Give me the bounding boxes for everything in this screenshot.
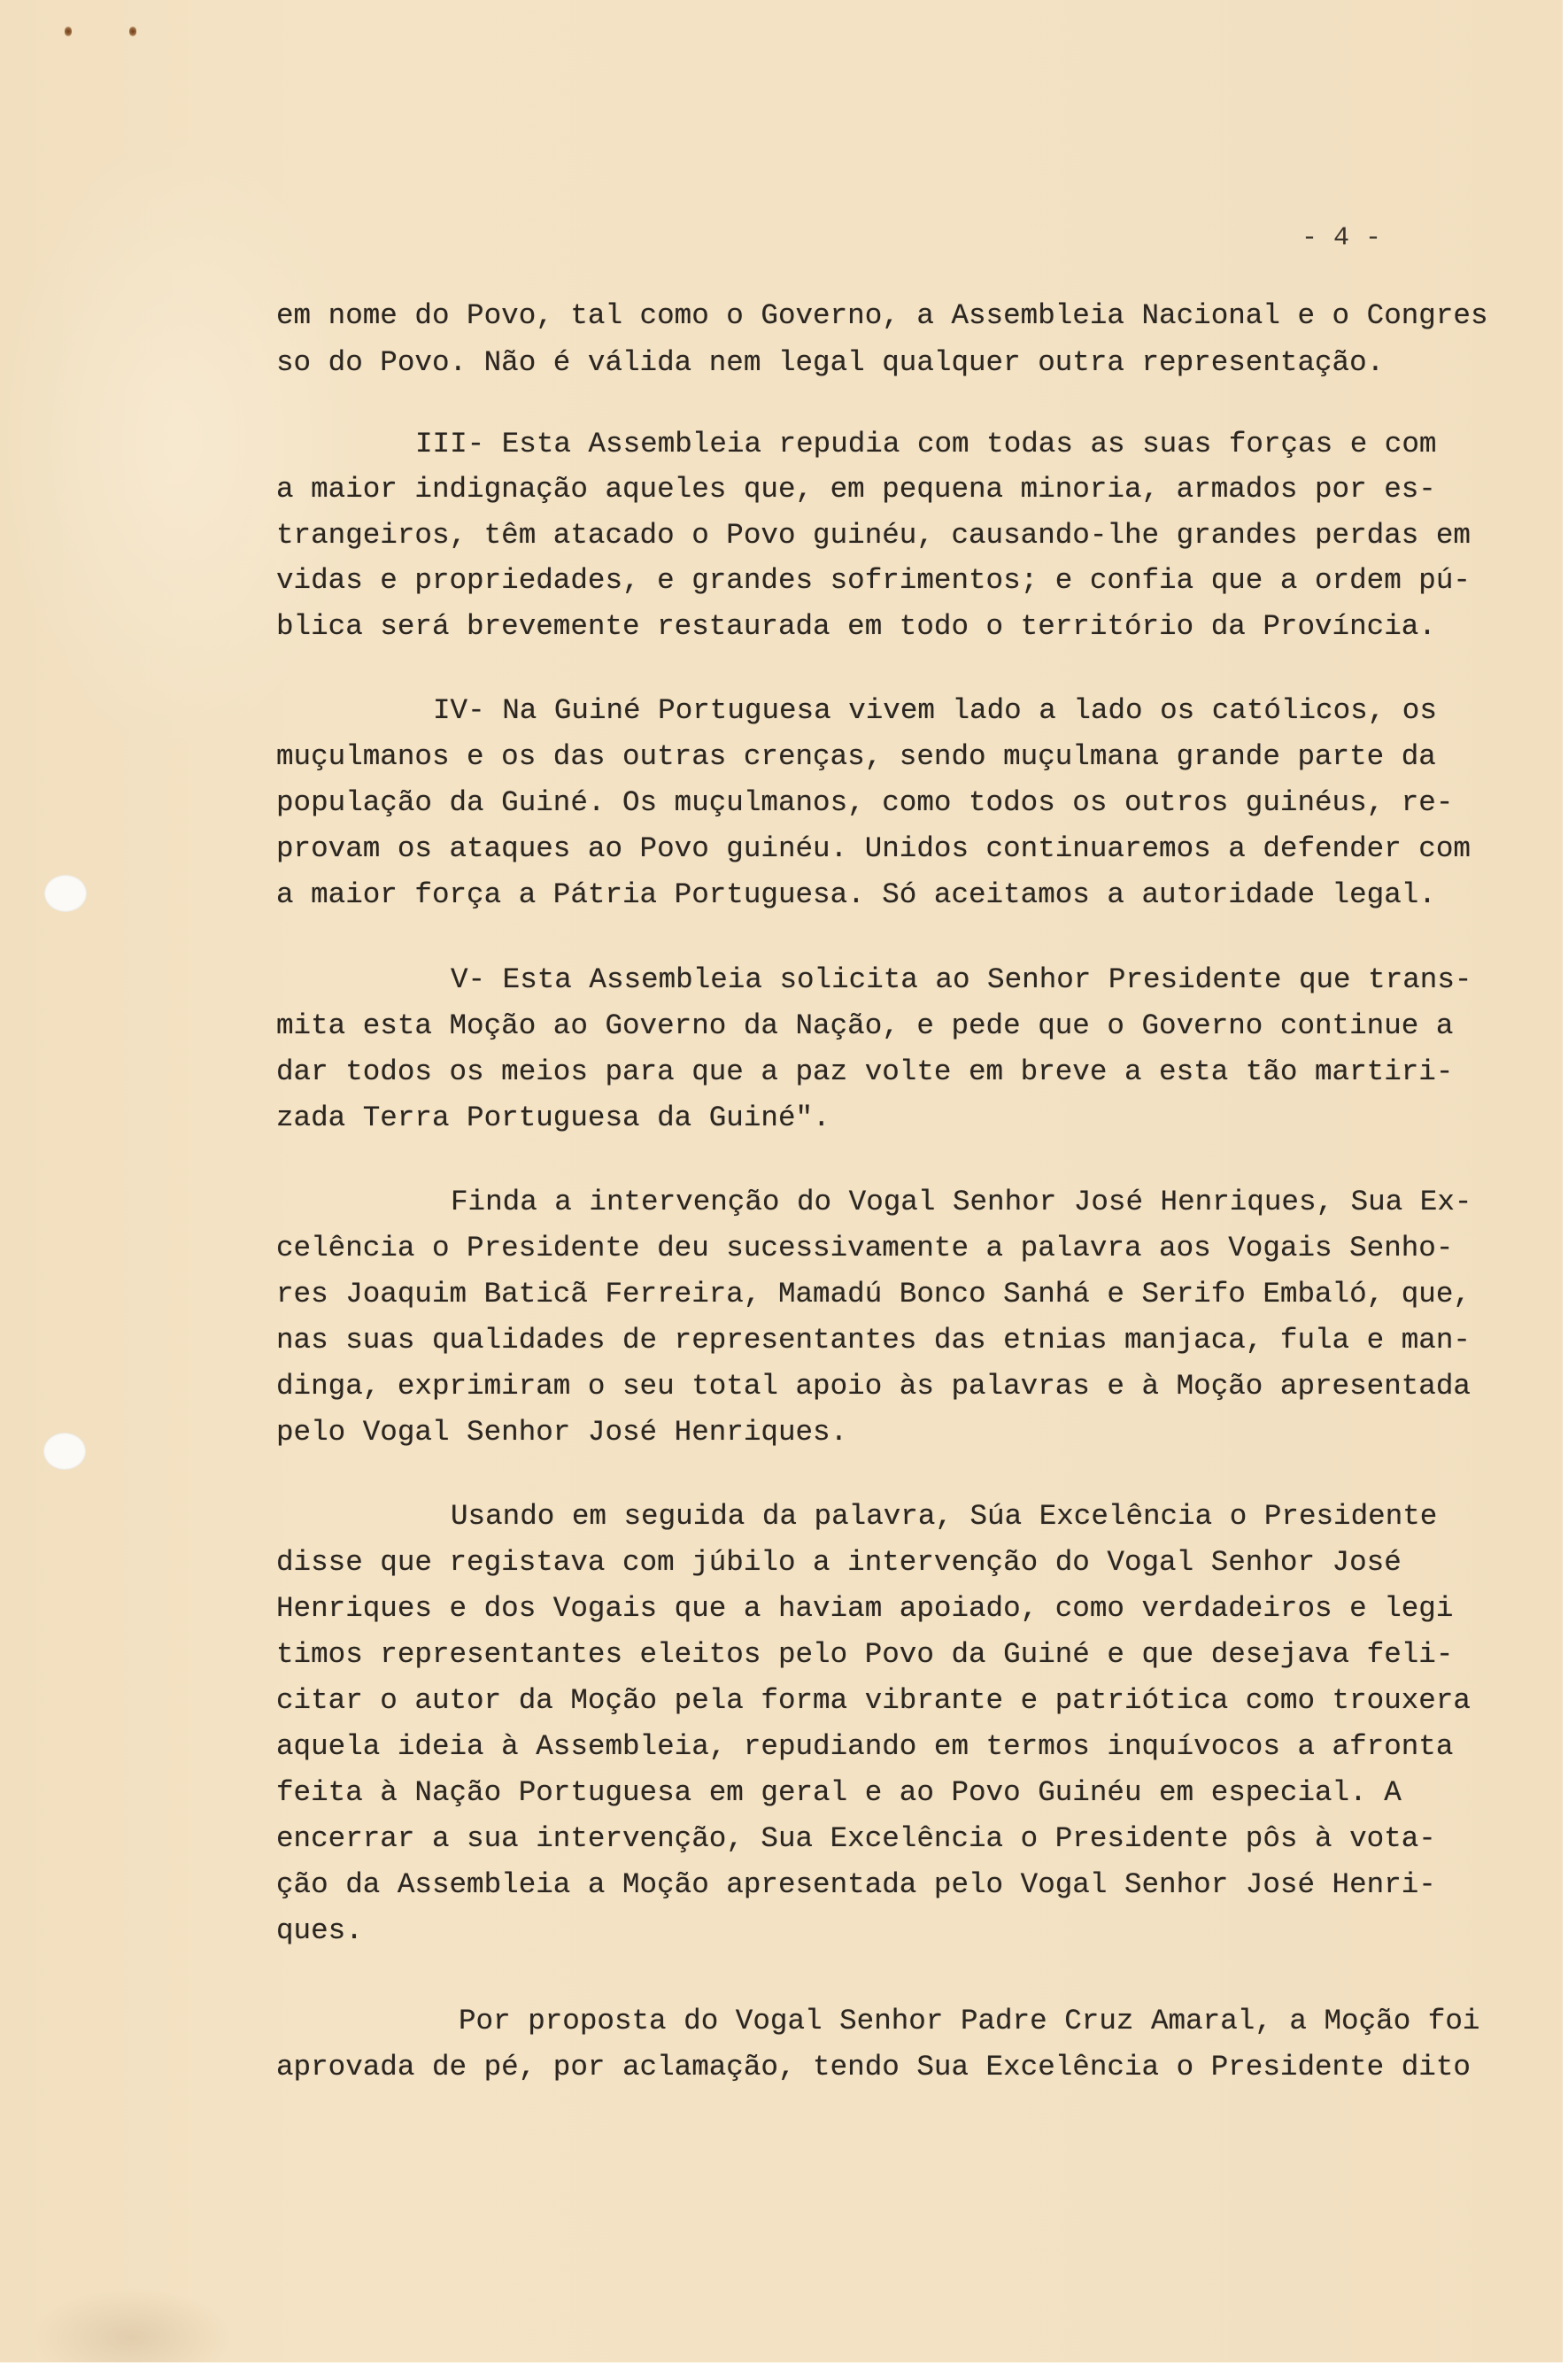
rust-stain-mark [129,27,136,36]
page-number: - 4 - [1302,220,1381,256]
text-line: provam os ataques ao Povo guinéu. Unidos… [276,831,1471,867]
text-line: aquela ideia à Assembleia, repudiando em… [276,1729,1453,1765]
text-line: ção da Assembleia a Moção apresentada pe… [276,1867,1436,1903]
text-line: mita esta Moção ao Governo da Nação, e p… [276,1009,1453,1044]
punch-hole [43,1433,86,1470]
text-line: dar todos os meios para que a paz volte … [276,1055,1453,1090]
text-line: timos representantes eleitos pelo Povo d… [276,1637,1453,1673]
text-line: citar o autor da Moção pela forma vibran… [276,1683,1471,1719]
text-line: muçulmanos e os das outras crenças, send… [276,739,1436,775]
text-line: Usando em seguida da palavra, Súa Excelê… [451,1499,1437,1534]
text-line: nas suas qualidades de representantes da… [276,1323,1471,1358]
text-line: pelo Vogal Senhor José Henriques. [276,1415,847,1450]
text-line: zada Terra Portuguesa da Guiné". [276,1101,830,1136]
text-line: trangeiros, têm atacado o Povo guinéu, c… [276,518,1471,553]
text-line: ques. [276,1913,363,1949]
text-line: III- Esta Assembleia repudia com todas a… [415,427,1436,462]
document-page: - 4 - em nome do Povo, tal como o Govern… [0,0,1563,2362]
text-line: Henriques e dos Vogais que a haviam apoi… [276,1591,1453,1627]
text-line: celência o Presidente deu sucessivamente… [276,1231,1453,1266]
text-line: Por proposta do Vogal Senhor Padre Cruz … [459,2004,1479,2039]
text-line: encerrar a sua intervenção, Sua Excelênc… [276,1821,1436,1857]
text-line: res Joaquim Baticã Ferreira, Mamadú Bonc… [276,1277,1471,1312]
text-line: aprovada de pé, por aclamação, tendo Sua… [276,2050,1471,2085]
text-line: dinga, exprimiram o seu total apoio às p… [276,1369,1471,1404]
text-line: disse que registava com júbilo a interve… [276,1545,1402,1581]
text-line: população da Guiné. Os muçulmanos, como … [276,785,1453,821]
text-line: Finda a intervenção do Vogal Senhor José… [451,1185,1471,1220]
punch-hole [44,875,87,912]
text-line: a maior força a Pátria Portuguesa. Só ac… [276,877,1436,913]
text-line: IV- Na Guiné Portuguesa vivem lado a lad… [433,693,1437,729]
text-line: so do Povo. Não é válida nem legal qualq… [276,345,1384,381]
text-line: em nome do Povo, tal como o Governo, a A… [276,298,1488,334]
text-line: a maior indignação aqueles que, em peque… [276,472,1436,507]
text-line: V- Esta Assembleia solicita ao Senhor Pr… [451,962,1471,998]
rust-stain-mark [65,27,72,36]
text-line: vidas e propriedades, e grandes sofrimen… [276,563,1471,599]
text-line: feita à Nação Portuguesa em geral e ao P… [276,1775,1402,1811]
text-line: blica será brevemente restaurada em todo… [276,609,1436,645]
